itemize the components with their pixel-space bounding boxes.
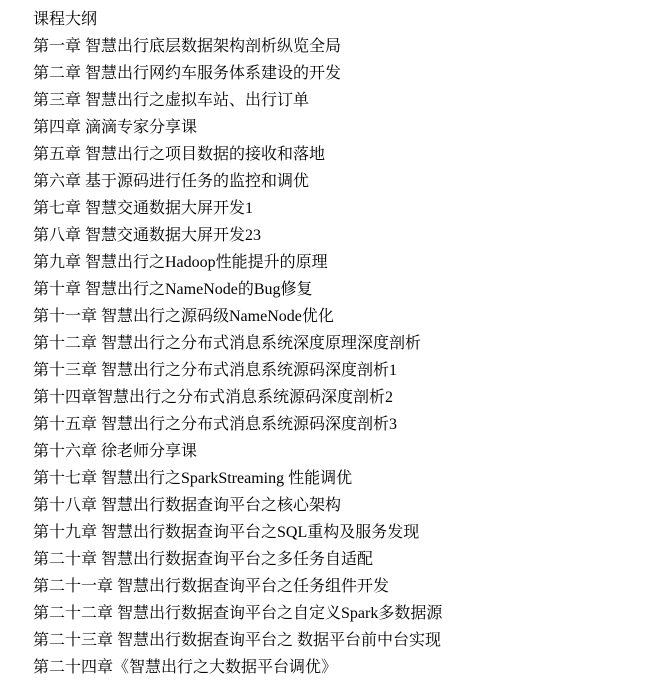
chapter-line-19: 第十九章 智慧出行数据查询平台之SQL重构及服务发现: [33, 519, 640, 546]
chapter-line-13: 第十三章 智慧出行之分布式消息系统源码深度剖析1: [33, 357, 640, 384]
outline-title: 课程大纲: [33, 6, 640, 33]
chapter-line-18: 第十八章 智慧出行数据查询平台之核心架构: [33, 492, 640, 519]
chapter-line-7: 第七章 智慧交通数据大屏开发1: [33, 195, 640, 222]
chapter-line-6: 第六章 基于源码进行任务的监控和调优: [33, 168, 640, 195]
chapter-line-21: 第二十一章 智慧出行数据查询平台之任务组件开发: [33, 573, 640, 600]
chapter-line-5: 第五章 智慧出行之项目数据的接收和落地: [33, 141, 640, 168]
chapter-line-24: 第二十四章《智慧出行之大数据平台调优》: [33, 654, 640, 681]
chapter-line-11: 第十一章 智慧出行之源码级NameNode优化: [33, 303, 640, 330]
chapter-line-14: 第十四章智慧出行之分布式消息系统源码深度剖析2: [33, 384, 640, 411]
chapter-line-23: 第二十三章 智慧出行数据查询平台之 数据平台前中台实现: [33, 627, 640, 654]
chapter-line-12: 第十二章 智慧出行之分布式消息系统深度原理深度剖析: [33, 330, 640, 357]
chapter-line-8: 第八章 智慧交通数据大屏开发23: [33, 222, 640, 249]
chapter-line-9: 第九章 智慧出行之Hadoop性能提升的原理: [33, 249, 640, 276]
chapter-line-22: 第二十二章 智慧出行数据查询平台之自定义Spark多数据源: [33, 600, 640, 627]
chapter-line-17: 第十七章 智慧出行之SparkStreaming 性能调优: [33, 465, 640, 492]
chapter-line-4: 第四章 滴滴专家分享课: [33, 114, 640, 141]
course-outline-document: 课程大纲 第一章 智慧出行底层数据架构剖析纵览全局 第二章 智慧出行网约车服务体…: [0, 0, 650, 692]
chapter-line-10: 第十章 智慧出行之NameNode的Bug修复: [33, 276, 640, 303]
chapter-line-16: 第十六章 徐老师分享课: [33, 438, 640, 465]
chapter-line-3: 第三章 智慧出行之虚拟车站、出行订单: [33, 87, 640, 114]
chapter-line-1: 第一章 智慧出行底层数据架构剖析纵览全局: [33, 33, 640, 60]
chapter-line-2: 第二章 智慧出行网约车服务体系建设的开发: [33, 60, 640, 87]
chapter-line-20: 第二十章 智慧出行数据查询平台之多任务自适配: [33, 546, 640, 573]
chapter-line-15: 第十五章 智慧出行之分布式消息系统源码深度剖析3: [33, 411, 640, 438]
